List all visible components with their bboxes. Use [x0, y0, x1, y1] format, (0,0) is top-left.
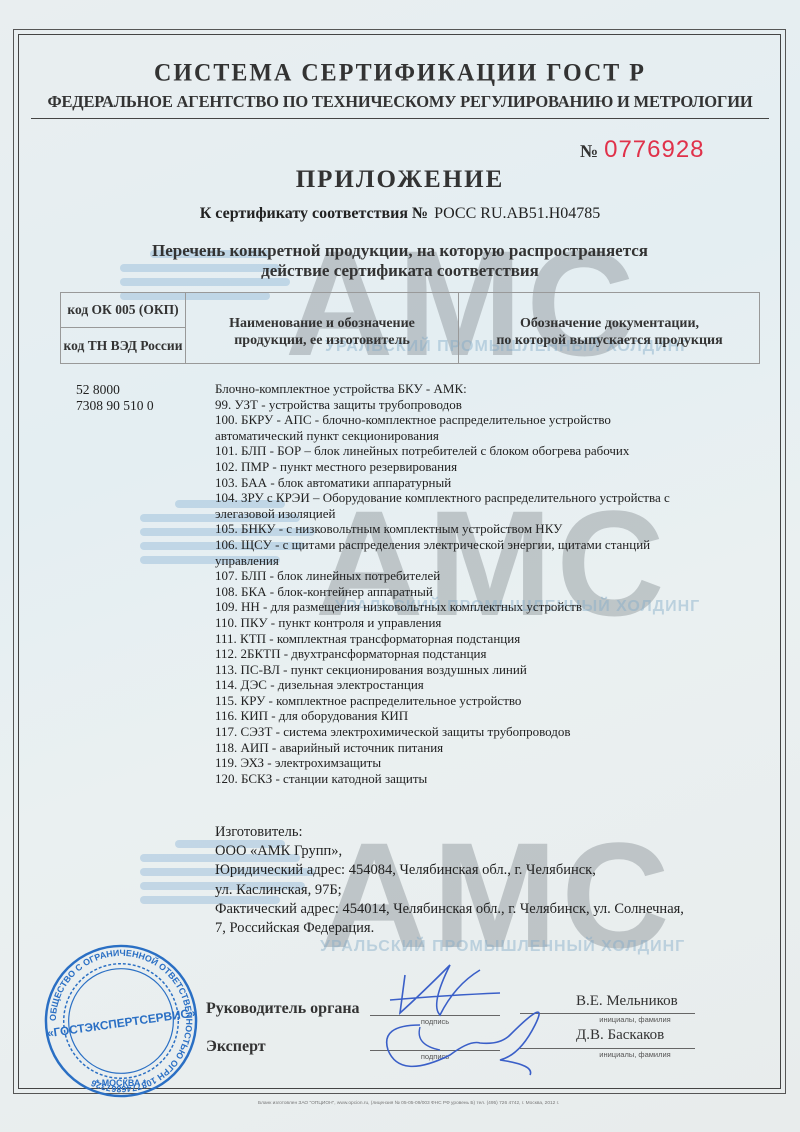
- printer-note: Бланк изготовлен ЗАО "ОПЦИОН", www.opcio…: [258, 1101, 559, 1106]
- manufacturer-line: ООО «АМК Групп»,: [215, 842, 684, 861]
- list-title: Перечень конкретной продукции, на котору…: [0, 241, 800, 281]
- list-item: 114. ДЭС - дизельная электростанция: [215, 677, 755, 693]
- certificate-number: РОСС RU.AB51.H04785: [434, 205, 600, 222]
- manufacturer-line: ул. Каслинская, 97Б;: [215, 881, 684, 900]
- list-item: 106. ЩСУ - с щитами распределения электр…: [215, 537, 755, 553]
- svg-text:* МОСКВА *: * МОСКВА *: [96, 1078, 147, 1088]
- certificate-reference: К сертификату соответствия №РОСС RU.AB51…: [0, 205, 800, 223]
- head-label: Руководитель органа: [206, 1000, 360, 1018]
- expert-name: Д.В. Баскаков: [576, 1027, 664, 1044]
- list-item: 120. БСКЗ - станции катодной защиты: [215, 771, 755, 787]
- list-item: управления: [215, 553, 755, 569]
- certificate-label: К сертификату соответствия №: [200, 205, 428, 222]
- table-header: код ОК 005 (ОКП) код ТН ВЭД России Наиме…: [60, 292, 760, 364]
- okp-code: 52 8000: [76, 382, 154, 398]
- svg-text:«ГОСТЭКСПЕРТСЕРВИС»: «ГОСТЭКСПЕРТСЕРВИС»: [46, 1005, 197, 1040]
- list-item: 112. 2БКТП - двухтрансформаторная подста…: [215, 646, 755, 662]
- system-title: СИСТЕМА СЕРТИФИКАЦИИ ГОСТ Р: [0, 59, 800, 87]
- form-number: №0776928: [580, 136, 705, 164]
- list-item: 100. БКРУ - АПС - блочно-комплектное рас…: [215, 412, 755, 428]
- head-name: В.Е. Мельников: [576, 993, 678, 1010]
- list-item: 119. ЭХЗ - электрохимзащиты: [215, 755, 755, 771]
- list-item: 108. БКА - блок-контейнер аппаратный: [215, 584, 755, 600]
- list-item: 105. БНКУ - с низковольтным комплектным …: [215, 521, 755, 537]
- list-item: 117. СЭЗТ - система электрохимической за…: [215, 724, 755, 740]
- list-item: 109. НН - для размещения низковольтных к…: [215, 599, 755, 615]
- list-item: 104. ЗРУ с КРЭИ – Оборудование комплектн…: [215, 490, 755, 506]
- list-item: 101. БЛП - БОР – блок линейных потребите…: [215, 443, 755, 459]
- list-item: 115. КРУ - комплектное распределительное…: [215, 693, 755, 709]
- list-item: Блочно-комплектное устройства БКУ - АМК:: [215, 381, 755, 397]
- list-item: 102. ПМР - пункт местного резервирования: [215, 459, 755, 475]
- tnved-code: 7308 90 510 0: [76, 398, 154, 414]
- form-number-value: 0776928: [604, 136, 704, 163]
- list-item: 103. БАА - блок автоматики аппаратурный: [215, 475, 755, 491]
- manufacturer-line: Юридический адрес: 454084, Челябинская о…: [215, 861, 684, 880]
- number-sign: №: [580, 141, 598, 161]
- documentation-header: Обозначение документации, по которой вып…: [460, 293, 759, 363]
- list-item: элегазовой изоляцией: [215, 506, 755, 522]
- list-item: 110. ПКУ - пункт контроля и управления: [215, 615, 755, 631]
- list-item: 113. ПС-ВЛ - пункт секционирования возду…: [215, 662, 755, 678]
- okp-code-header: код ОК 005 (ОКП): [61, 293, 185, 328]
- list-item: 118. АИП - аварийный источник питания: [215, 740, 755, 756]
- manufacturer-block: Изготовитель:ООО «АМК Групп»,Юридический…: [215, 823, 684, 938]
- list-item: 99. УЗТ - устройства защиты трубопроводо…: [215, 397, 755, 413]
- list-item: 111. КТП - комплектная трансформаторная …: [215, 631, 755, 647]
- product-list: Блочно-комплектное устройства БКУ - АМК:…: [215, 381, 755, 786]
- list-item: 107. БЛП - блок линейных потребителей: [215, 568, 755, 584]
- signature-scribble: [360, 955, 560, 1085]
- manufacturer-line: Фактический адрес: 454014, Челябинская о…: [215, 900, 684, 919]
- code-column-header: код ОК 005 (ОКП) код ТН ВЭД России: [61, 293, 186, 363]
- header-divider: [31, 118, 769, 119]
- product-name-header: Наименование и обозначение продукции, ее…: [186, 293, 459, 363]
- product-codes: 52 8000 7308 90 510 0: [76, 382, 154, 414]
- page-title: ПРИЛОЖЕНИЕ: [0, 166, 800, 194]
- company-stamp: ОБЩЕСТВО С ОГРАНИЧЕННОЙ ОТВЕТСТВЕННОСТЬЮ…: [42, 942, 200, 1100]
- tnved-code-header: код ТН ВЭД России: [61, 328, 185, 363]
- manufacturer-line: Изготовитель:: [215, 823, 684, 842]
- manufacturer-line: 7, Российская Федерация.: [215, 919, 684, 938]
- agency-title: ФЕДЕРАЛЬНОЕ АГЕНТСТВО ПО ТЕХНИЧЕСКОМУ РЕ…: [0, 92, 800, 112]
- expert-label: Эксперт: [206, 1038, 266, 1056]
- list-item: 116. КИП - для оборудования КИП: [215, 708, 755, 724]
- list-item: автоматический пункт секционирования: [215, 428, 755, 444]
